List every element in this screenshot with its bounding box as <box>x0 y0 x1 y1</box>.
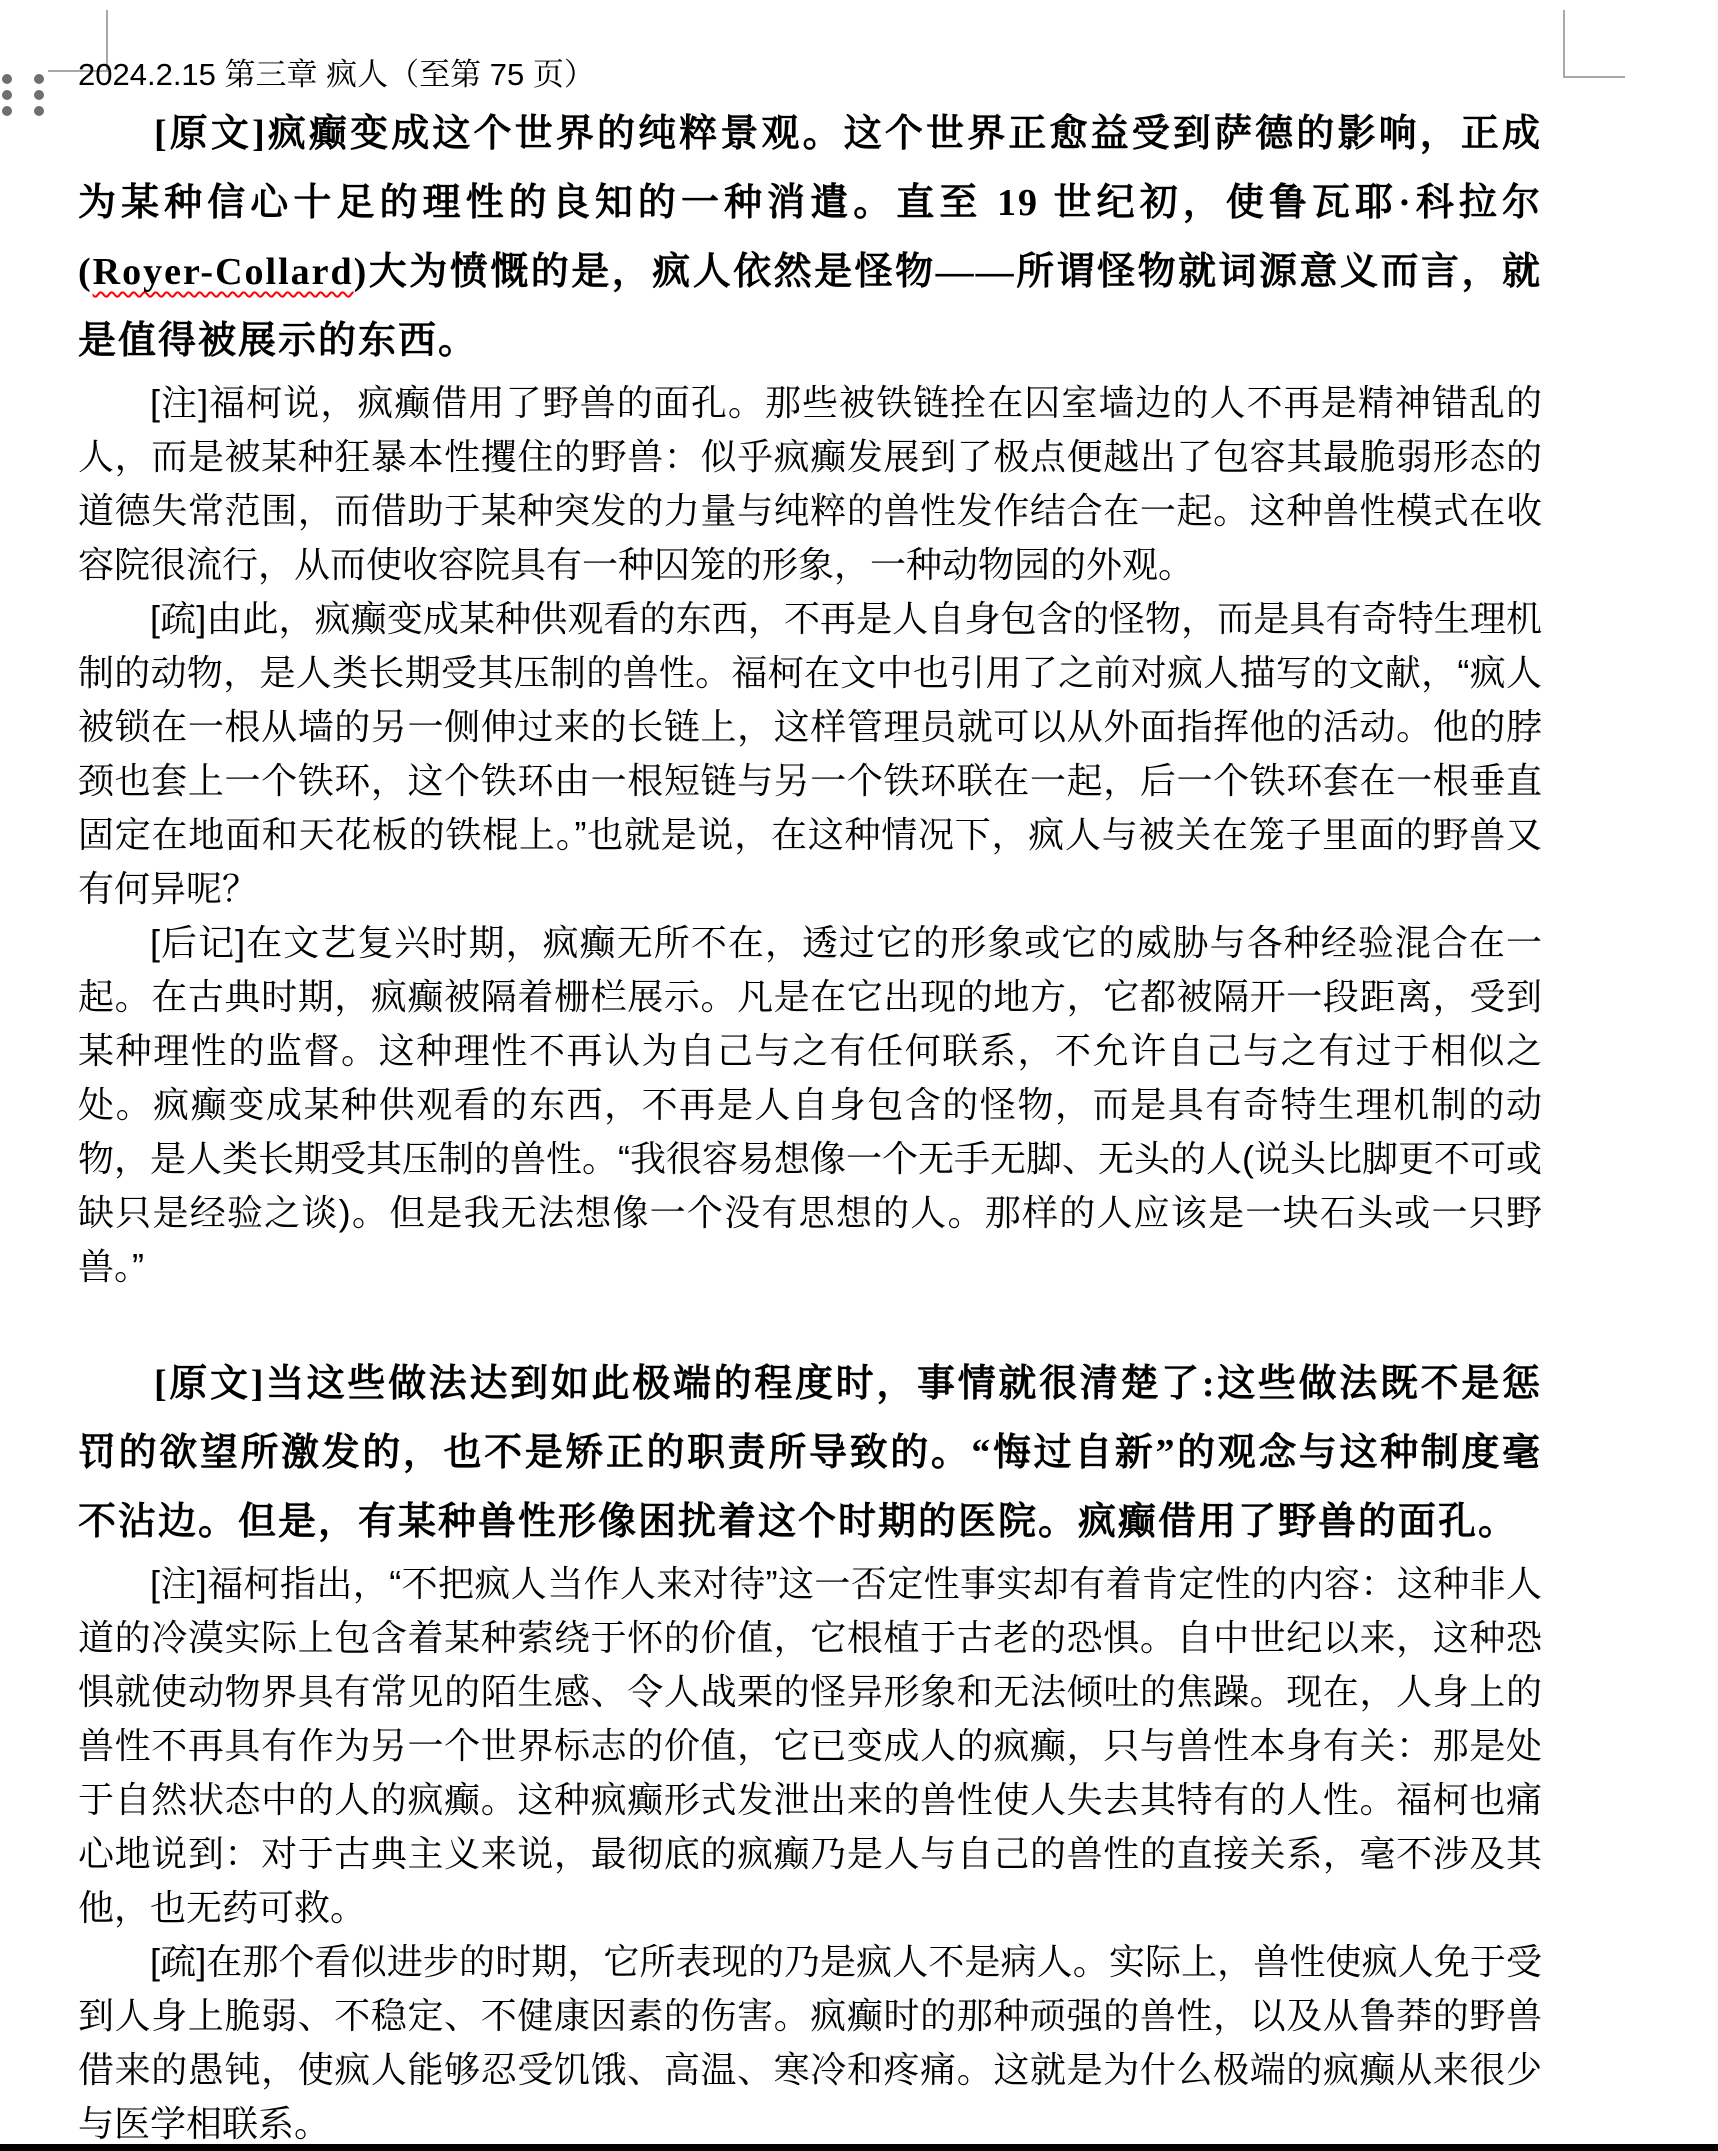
grip-dot-icon <box>34 74 44 84</box>
bottom-black-bar <box>0 2144 1718 2151</box>
paragraph-shu-2[interactable]: [疏]在那个看似进步的时期，它所表现的乃是疯人不是病人。实际上，兽性使疯人免于受… <box>78 1935 1542 2151</box>
spellcheck-flagged-word[interactable]: Royer-Collard <box>93 251 354 293</box>
document-text-area[interactable]: 2024.2.15 第三章 疯人（至第 75 页） [原文]疯癫变成这个世界的纯… <box>78 54 1542 2151</box>
grip-dot-icon <box>2 74 12 84</box>
drag-handle[interactable] <box>2 74 44 116</box>
paragraph-zhu-1[interactable]: [注]福柯说，疯癫借用了野兽的面孔。那些被铁链拴在囚室墙边的人不再是精神错乱的人… <box>78 376 1542 592</box>
grip-dot-icon <box>2 106 12 116</box>
grip-dot-icon <box>34 90 44 100</box>
paragraph-houji[interactable]: [后记]在文艺复兴时期，疯癫无所不在，透过它的形象或它的威胁与各种经验混合在一起… <box>78 916 1542 1294</box>
grip-dot-icon <box>34 106 44 116</box>
paragraph-shu-1[interactable]: [疏]由此，疯癫变成某种供观看的东西，不再是人自身包含的怪物，而是具有奇特生理机… <box>78 592 1542 916</box>
document-page: 2024.2.15 第三章 疯人（至第 75 页） [原文]疯癫变成这个世界的纯… <box>0 0 1718 2151</box>
chapter-heading[interactable]: 2024.2.15 第三章 疯人（至第 75 页） <box>78 54 1542 96</box>
page-corner-mark-top-right <box>1563 10 1565 78</box>
page-corner-mark-top-right <box>1563 76 1625 78</box>
grip-dot-icon <box>2 90 12 100</box>
paragraph-zhu-2[interactable]: [注]福柯指出，“不把疯人当作人来对待”这一否定性事实却有着肯定性的内容：这种非… <box>78 1557 1542 1935</box>
paragraph-yuanwen-1[interactable]: [原文]疯癫变成这个世界的纯粹景观。这个世界正愈益受到萨德的影响，正成为某种信心… <box>78 100 1542 376</box>
paragraph-yuanwen-2[interactable]: [原文]当这些做法达到如此极端的程度时，事情就很清楚了:这些做法既不是惩罚的欲望… <box>78 1350 1542 1557</box>
